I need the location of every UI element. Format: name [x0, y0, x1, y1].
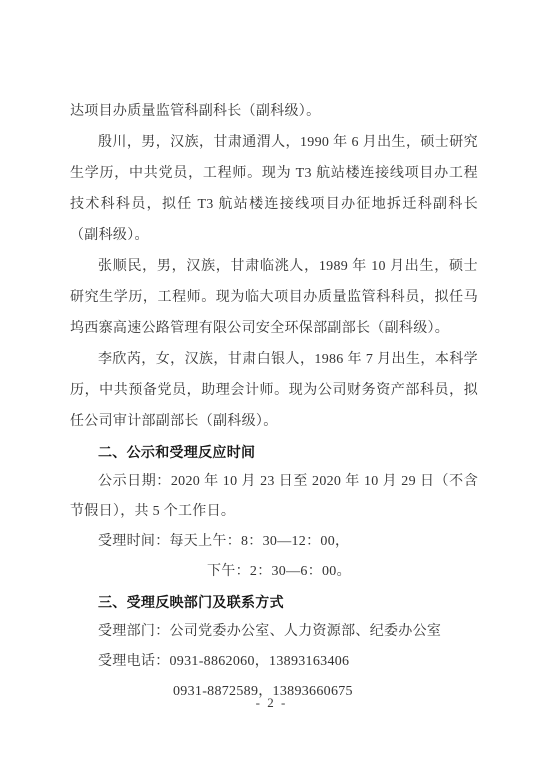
- paragraph-person-zhangshunmin: 张顺民，男，汉族，甘肃临洮人，1989 年 10 月出生，硕士研究生学历，工程师…: [70, 251, 478, 344]
- paragraph-person-lixinrui: 李欣芮，女，汉族，甘肃白银人，1986 年 7 月出生，本科学历，中共预备党员，…: [70, 344, 478, 437]
- paragraph-phone-numbers-line1: 受理电话：0931-8862060，13893163406: [70, 647, 478, 677]
- paragraph-acceptance-time-afternoon: 下午：2：30—6：00。: [70, 557, 478, 587]
- page-number: - 2 -: [0, 695, 543, 711]
- paragraph-publicity-dates: 公示日期：2020 年 10 月 23 日至 2020 年 10 月 29 日（…: [70, 467, 478, 527]
- paragraph-accepting-departments: 受理部门：公司党委办公室、人力资源部、纪委办公室: [70, 617, 478, 647]
- section-heading-publicity-period: 二、公示和受理反应时间: [70, 437, 478, 467]
- paragraph-continuation-line: 达项目办质量监管科副科长（副科级）。: [70, 96, 478, 127]
- document-page: 达项目办质量监管科副科长（副科级）。 殷川，男，汉族，甘肃通渭人，1990 年 …: [0, 0, 543, 768]
- section-heading-contact-info: 三、受理反映部门及联系方式: [70, 587, 478, 617]
- paragraph-person-yinchuan: 殷川，男，汉族，甘肃通渭人，1990 年 6 月出生，硕士研究生学历，中共党员，…: [70, 127, 478, 251]
- document-text-block: 达项目办质量监管科副科长（副科级）。 殷川，男，汉族，甘肃通渭人，1990 年 …: [70, 96, 478, 707]
- paragraph-acceptance-time-morning: 受理时间：每天上午：8：30—12：00，: [70, 527, 478, 557]
